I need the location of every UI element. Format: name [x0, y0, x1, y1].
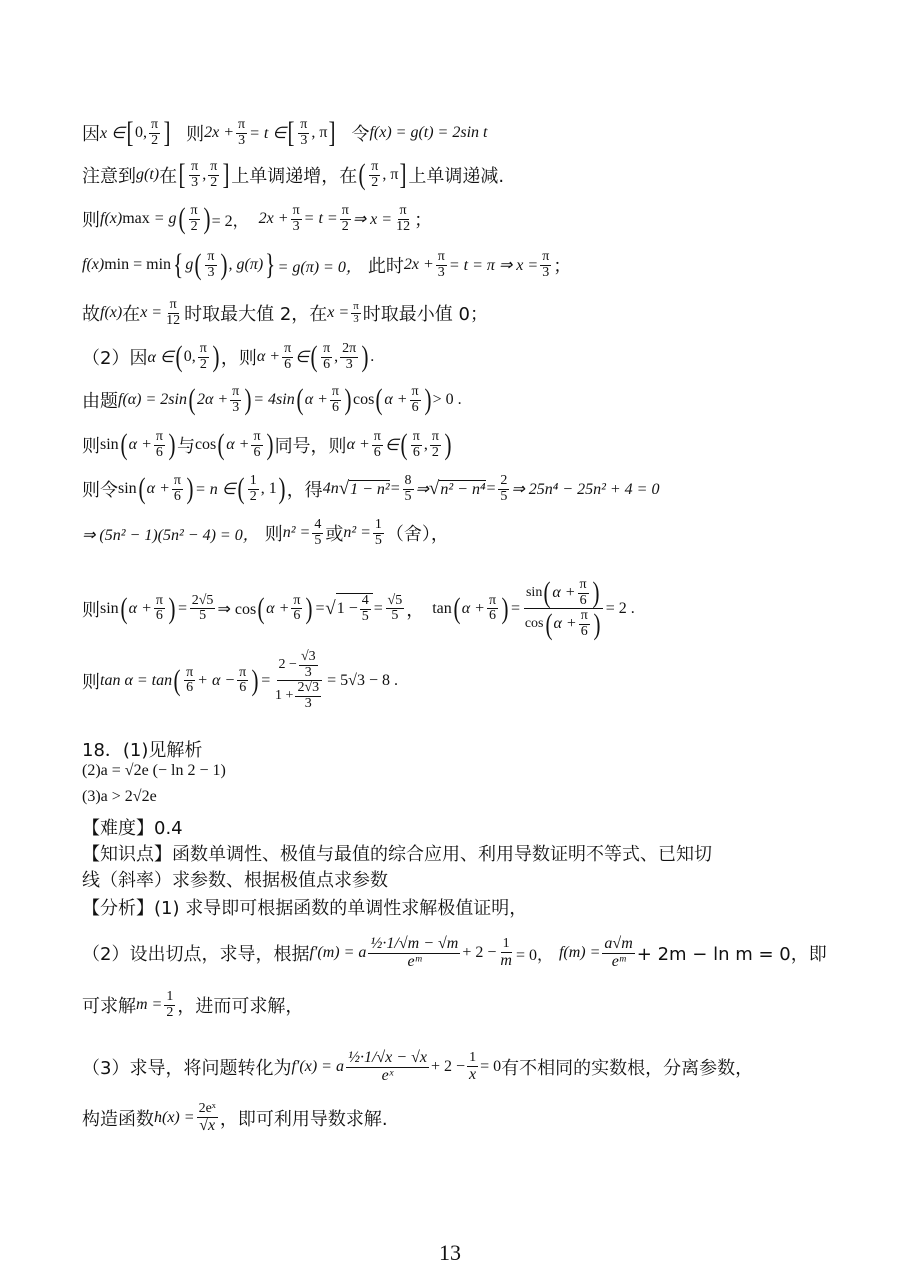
text: 在 — [159, 162, 177, 188]
bracket: ( — [296, 385, 303, 415]
math: + 2 − — [431, 1058, 465, 1076]
bracket: [ — [127, 118, 134, 148]
fraction: π6 — [154, 430, 165, 460]
fraction: π12 — [164, 298, 182, 328]
part2-line-1: （2）因 α ∈ ( 0, π2 ) ，则 α + π6 ∈ ( π6 , 2π… — [82, 342, 374, 372]
math: sin — [118, 480, 137, 498]
math: . — [370, 348, 374, 366]
subscript: max — [122, 210, 150, 228]
fraction: π12 — [394, 204, 412, 234]
fraction: π3 — [291, 204, 302, 234]
text: 在 — [122, 300, 140, 326]
fraction: 15 — [373, 518, 384, 548]
fraction: 2eˣ√x — [197, 1102, 218, 1134]
text: 有不相同的实数根，分离参数， — [501, 1054, 753, 1080]
fraction: 2 −√33 1 +2√33 — [273, 650, 325, 712]
part2-line-7: 则 tan α = tan ( π6 + α − π6 ) = 2 −√33 1… — [82, 650, 398, 712]
bracket: ( — [218, 430, 225, 460]
part2-line-6: 则 sin ( α + π6 ) = 2√55 ⇒ cos ( α + π6 )… — [82, 578, 635, 640]
math: 1 − n² — [349, 480, 390, 499]
text: （3）求导，将问题转化为 — [82, 1054, 291, 1080]
math: ∈ — [295, 347, 309, 367]
math: 0, — [135, 124, 147, 142]
bracket: ] — [329, 118, 336, 148]
text: 则 — [82, 206, 100, 232]
fraction: π2 — [208, 160, 219, 190]
math: = t = π ⇒ x = — [449, 255, 538, 275]
math: = 2， — [212, 208, 249, 231]
math: , 1 — [261, 480, 277, 498]
math: 2x + — [259, 210, 289, 228]
fraction: 12 — [164, 990, 175, 1020]
text: 上单调递增，在 — [231, 162, 357, 188]
solution-line-1: 因 x ∈ [ 0, π2 ] 则 2x + π3 = t ∈ [ π3 , π… — [82, 118, 487, 148]
bracket: [ — [179, 160, 186, 190]
analysis-3b: 构造函数 h(x) = 2eˣ√x ，即可利用导数求解. — [82, 1102, 388, 1134]
math: = 0， — [516, 942, 553, 965]
text: 或 — [325, 520, 343, 546]
math: = — [373, 600, 384, 618]
math: = — [260, 672, 271, 690]
math: 4n — [323, 480, 339, 498]
solution-line-4: f(x)min = min { g ( π3 ) , g(π) } = g(π)… — [82, 250, 571, 280]
fraction: π6 — [251, 430, 262, 460]
fraction: ½·1/√m − √meᵐ — [368, 936, 460, 971]
fraction: π3 — [236, 118, 247, 148]
q18-answer-1: 18．(1)见解析 — [82, 736, 202, 762]
fraction: 2√55 — [190, 594, 216, 624]
analysis-2b: 可求解 m = 12 ，进而可求解， — [82, 990, 303, 1020]
bracket: ( — [120, 594, 127, 624]
fraction: π2 — [198, 342, 209, 372]
fraction: 2π3 — [340, 342, 358, 372]
bracket: [ — [288, 118, 295, 148]
q18-answer-3: (3)a > 2√2e — [82, 788, 157, 806]
subscript: min — [104, 256, 129, 274]
text: 则 — [82, 596, 100, 622]
math: α + — [147, 480, 170, 498]
text: ； — [414, 206, 432, 232]
bracket: ] — [400, 160, 407, 190]
bracket: ) — [212, 342, 219, 372]
fraction: π6 — [330, 385, 341, 415]
math: ⇒ cos — [217, 599, 256, 619]
math: = min — [133, 256, 171, 274]
bracket: ( — [174, 666, 181, 696]
fraction: π6 — [184, 666, 195, 696]
bracket: ( — [120, 430, 127, 460]
math: f(x) = g(t) = 2sin t — [369, 124, 487, 142]
text: 则 — [186, 120, 204, 146]
math: 0, — [184, 348, 196, 366]
bracket: ) — [502, 594, 509, 624]
math: = — [510, 600, 521, 618]
fraction: ½·1/√x − √xeˣ — [346, 1050, 429, 1085]
bracket: { — [173, 250, 183, 280]
bracket: ( — [258, 594, 265, 624]
fraction: π2 — [149, 118, 160, 148]
math: α + — [226, 436, 249, 454]
math: ⇒ (5n² − 1)(5n² − 4) = 0， — [82, 522, 259, 545]
math: , π — [382, 166, 398, 184]
fraction: π2 — [430, 430, 441, 460]
math: α + — [257, 348, 280, 366]
text: ，得 — [287, 476, 323, 502]
document-page: 因 x ∈ [ 0, π2 ] 则 2x + π3 = t ∈ [ π3 , π… — [0, 0, 900, 1273]
math: (3)a > 2√2e — [82, 788, 157, 806]
page-number: 13 — [0, 1240, 900, 1266]
math: ∈ — [385, 435, 399, 455]
math: n² − n⁴ — [439, 480, 485, 499]
math: = — [390, 480, 401, 498]
math: = — [314, 600, 325, 618]
bracket: ) — [220, 250, 227, 280]
math: g — [185, 256, 193, 274]
math: , g(π) — [229, 256, 264, 274]
text: 则令 — [82, 476, 118, 502]
bracket: ( — [400, 430, 407, 460]
math: + α − — [197, 672, 235, 690]
math: ⇒ x = — [353, 209, 392, 229]
bracket: ) — [245, 385, 252, 415]
math: cos — [353, 391, 374, 409]
math: tan α = tan — [100, 672, 172, 690]
bracket: ] — [223, 160, 230, 190]
bracket: ( — [188, 385, 195, 415]
text: 此时 — [368, 252, 404, 278]
bracket: ) — [186, 474, 193, 504]
math: f(x) — [100, 304, 122, 322]
text: ，则 — [221, 344, 257, 370]
math: α ∈ — [147, 347, 173, 367]
math: x = — [140, 304, 162, 322]
bracket: ( — [453, 594, 460, 624]
math: α + — [305, 391, 328, 409]
math: g(t) — [136, 166, 159, 184]
fraction: π3 — [230, 385, 241, 415]
text: ， — [406, 596, 424, 622]
bracket: ( — [376, 385, 383, 415]
math: f(α) = 2sin — [118, 391, 187, 409]
fraction: π6 — [411, 430, 422, 460]
math: = n ∈ — [195, 479, 236, 499]
math: = 5√3 − 8 . — [327, 672, 398, 690]
text: 可求解 — [82, 992, 136, 1018]
fraction: π6 — [237, 666, 248, 696]
bracket: ) — [203, 204, 210, 234]
text: （舍）， — [386, 520, 449, 546]
text: 则 — [82, 668, 100, 694]
part2-line-5: ⇒ (5n² − 1)(5n² − 4) = 0， 则 n² = 45 或 n²… — [82, 518, 449, 548]
fraction: π3 — [351, 301, 361, 325]
fraction: 1m — [498, 937, 514, 969]
math: + 2 − — [462, 944, 496, 962]
bracket: ) — [345, 385, 352, 415]
fraction: π3 — [298, 118, 309, 148]
math: cos — [195, 436, 216, 454]
math: α + — [129, 600, 152, 618]
bracket: ( — [195, 250, 202, 280]
math: f(x) — [100, 210, 122, 228]
fraction: 85 — [403, 474, 414, 504]
math: = t = — [304, 210, 338, 228]
fraction: a√meᵐ — [602, 936, 634, 971]
text: 时取最小值 0； — [363, 300, 488, 326]
math: x ∈ — [100, 123, 125, 143]
text: ，进而可求解， — [177, 992, 303, 1018]
bracket: ( — [175, 342, 182, 372]
knowledge-points-1: 【知识点】函数单调性、极值与最值的综合应用、利用导数证明不等式、已知切 — [82, 840, 712, 866]
text: 构造函数 — [82, 1105, 154, 1131]
bracket: ) — [306, 594, 313, 624]
math: (2)a = √2e (− ln 2 − 1) — [82, 762, 226, 780]
text: （2）因 — [82, 344, 147, 370]
text: 由题 — [82, 387, 118, 413]
math: n² = — [343, 524, 371, 542]
fraction: π6 — [410, 385, 421, 415]
text: 线（斜率）求参数、根据极值点求参数 — [82, 866, 388, 892]
text: 上单调递减. — [408, 162, 504, 188]
math: = 0 — [480, 1058, 501, 1076]
math: α + — [462, 600, 485, 618]
sqrt: 1 −45 — [336, 593, 373, 624]
math: sin — [100, 436, 119, 454]
knowledge-points-2: 线（斜率）求参数、根据极值点求参数 — [82, 866, 388, 892]
text: + 2m − ln m = 0，即 — [637, 940, 827, 966]
fraction: π6 — [321, 342, 332, 372]
math: α + — [266, 600, 289, 618]
math: α + — [347, 436, 370, 454]
text: 与 — [177, 432, 195, 458]
bracket: ) — [168, 430, 175, 460]
math: > 0 . — [433, 391, 462, 409]
text: ，即可利用导数求解. — [220, 1105, 388, 1131]
math: = 2 . — [606, 600, 635, 618]
analysis-2: （2）设出切点，求导，根据 f′(m) = a ½·1/√m − √meᵐ + … — [82, 936, 827, 971]
analysis-1: 【分析】(1) 求导即可根据函数的单调性求解极值证明， — [82, 894, 527, 920]
math: f(x) — [82, 256, 104, 274]
fraction: 1x — [467, 1051, 478, 1083]
math: = t ∈ — [249, 123, 286, 143]
text: 注意到 — [82, 162, 136, 188]
math: = — [486, 480, 497, 498]
fraction: 45 — [312, 518, 323, 548]
solution-line-3: 则 f(x)max = g ( π2 ) = 2， 2x + π3 = t = … — [82, 204, 432, 234]
math: ⇒ — [416, 479, 429, 499]
math: 2α + — [197, 391, 228, 409]
fraction: π6 — [487, 594, 498, 624]
math: 2x + — [204, 124, 234, 142]
fraction: π2 — [369, 160, 380, 190]
bracket: ) — [424, 385, 431, 415]
math: x = — [327, 304, 349, 322]
analysis-3: （3）求导，将问题转化为 f′(x) = a ½·1/√x − √xeˣ + 2… — [82, 1050, 753, 1085]
fraction: 25 — [498, 474, 509, 504]
solution-line-2: 注意到 g(t) 在 [ π3 , π2 ] 上单调递增，在 ( π2 , π … — [82, 160, 504, 190]
fraction: π3 — [205, 250, 216, 280]
math: f′(m) = a — [309, 944, 366, 962]
math: α + — [129, 436, 152, 454]
math: , — [424, 436, 428, 454]
math: ⇒ 25n⁴ − 25n² + 4 = 0 — [511, 479, 659, 499]
math: = — [177, 600, 188, 618]
q18-answer-2: (2)a = √2e (− ln 2 − 1) — [82, 762, 226, 780]
text: 则 — [265, 520, 283, 546]
fraction: π2 — [340, 204, 351, 234]
text: 则 — [82, 432, 100, 458]
math: n² = — [283, 524, 311, 542]
bracket: ) — [362, 342, 369, 372]
math: , π — [311, 124, 327, 142]
fraction: π6 — [172, 474, 183, 504]
part2-line-3: 则 sin ( α + π6 ) 与 cos ( α + π6 ) 同号，则 α… — [82, 430, 453, 460]
bracket: ) — [168, 594, 175, 624]
bracket: ( — [138, 474, 145, 504]
bracket: } — [265, 250, 275, 280]
fraction: sin(α +π6) cos(α +π6) — [523, 578, 604, 640]
part2-line-4: 则令 sin ( α + π6 ) = n ∈ ( 12 , 1 ) ，得 4n… — [82, 474, 659, 504]
fraction: π6 — [372, 430, 383, 460]
bracket: ( — [359, 160, 366, 190]
math: m = — [136, 996, 162, 1014]
bracket: ) — [278, 474, 285, 504]
text: 故 — [82, 300, 100, 326]
text: 因 — [82, 120, 100, 146]
text: ； — [553, 252, 571, 278]
bracket: ( — [237, 474, 244, 504]
bracket: ) — [444, 430, 451, 460]
fraction: π6 — [282, 342, 293, 372]
math: f′(x) = a — [291, 1058, 344, 1076]
math: f(m) = — [559, 944, 600, 962]
text: 令 — [351, 120, 369, 146]
math: , — [202, 166, 206, 184]
fraction: π3 — [189, 160, 200, 190]
solution-line-5: 故 f(x) 在 x = π12 时取最大值 2，在 x = π3 时取最小值 … — [82, 298, 488, 328]
text: 【难度】0.4 — [82, 814, 183, 840]
fraction: 12 — [248, 474, 259, 504]
fraction: π6 — [291, 594, 302, 624]
math: = g(π) = 0， — [278, 254, 362, 277]
bracket: ( — [311, 342, 318, 372]
math: sin — [100, 600, 119, 618]
fraction: √55 — [386, 594, 405, 624]
text: （2）设出切点，求导，根据 — [82, 940, 309, 966]
math: = 4sin — [253, 391, 294, 409]
math: tan — [432, 600, 452, 618]
fraction: π2 — [189, 204, 200, 234]
bracket: ( — [178, 204, 185, 234]
text: 18．(1)见解析 — [82, 736, 202, 762]
math: 2x + — [404, 256, 434, 274]
bracket: ) — [266, 430, 273, 460]
math: = g — [154, 210, 177, 228]
difficulty: 【难度】0.4 — [82, 814, 183, 840]
math: α + — [384, 391, 407, 409]
text: 【分析】(1) 求导即可根据函数的单调性求解极值证明， — [82, 894, 527, 920]
fraction: π3 — [540, 250, 551, 280]
fraction: π6 — [154, 594, 165, 624]
text: 同号，则 — [275, 432, 347, 458]
part2-line-2: 由题 f(α) = 2sin ( 2α + π3 ) = 4sin ( α + … — [82, 385, 462, 415]
math: , — [334, 348, 338, 366]
math: h(x) = — [154, 1109, 195, 1127]
fraction: π3 — [436, 250, 447, 280]
text: 时取最大值 2，在 — [184, 300, 327, 326]
text: 【知识点】函数单调性、极值与最值的综合应用、利用导数证明不等式、已知切 — [82, 840, 712, 866]
bracket: ] — [164, 118, 171, 148]
bracket: ) — [252, 666, 259, 696]
